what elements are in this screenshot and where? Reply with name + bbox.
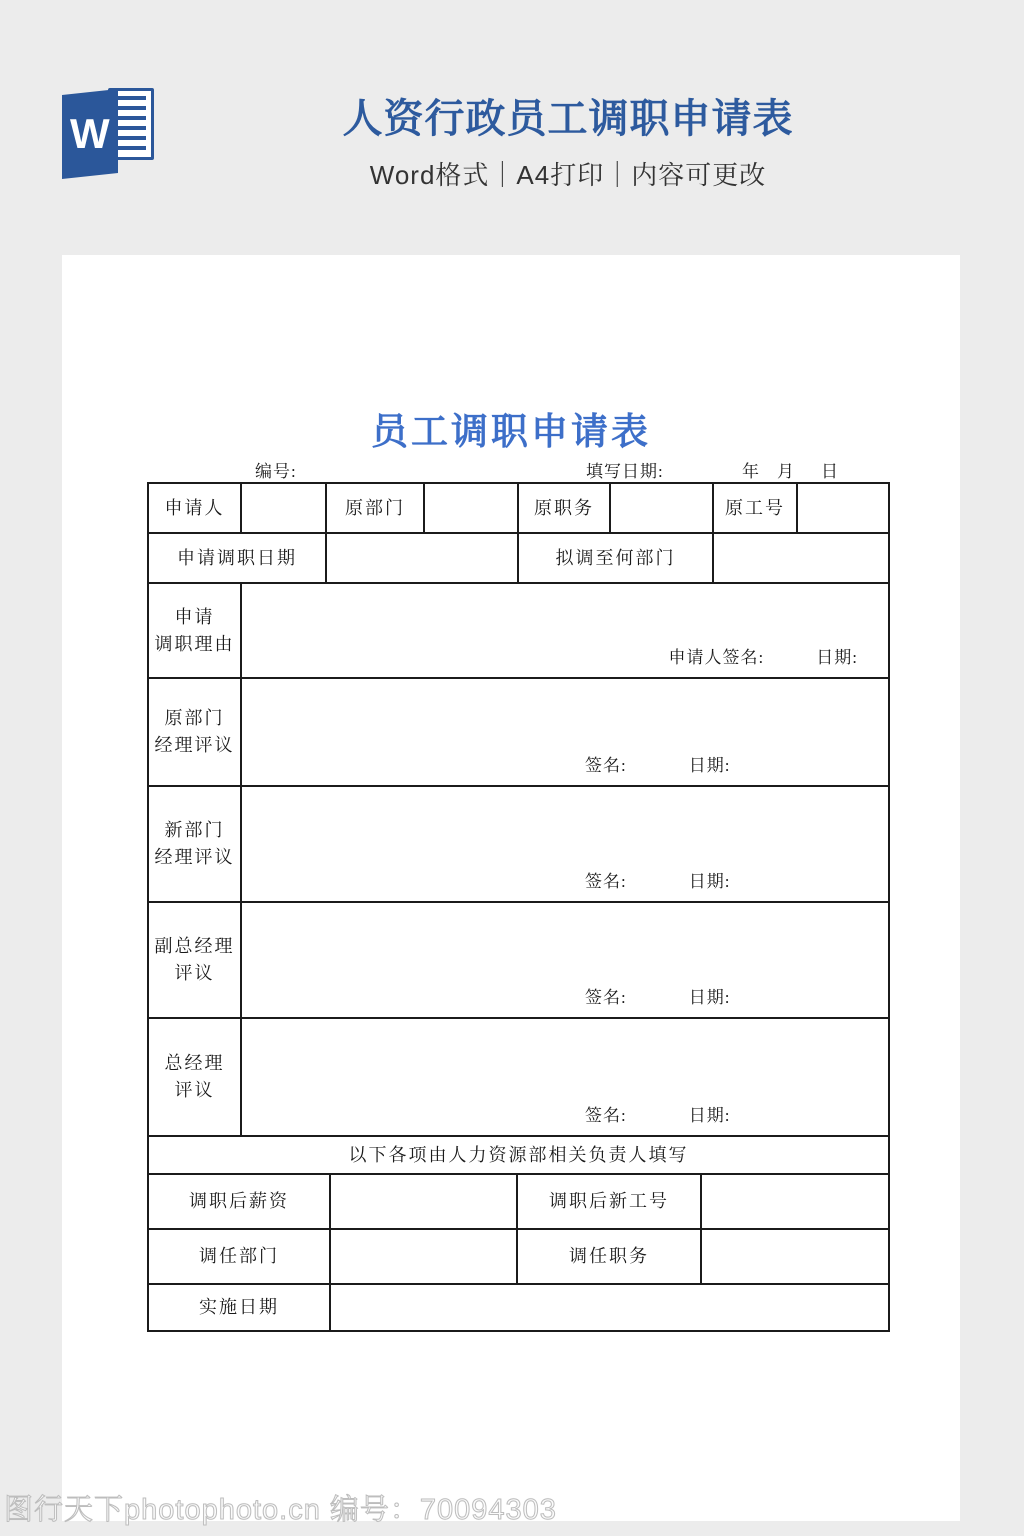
impl-date-input-cell[interactable]	[331, 1285, 888, 1330]
sign-label: 签名:	[585, 753, 627, 779]
new-position-input-cell[interactable]	[702, 1230, 888, 1283]
sign-date-label: 日期:	[689, 753, 731, 779]
new-id-label: 调职后新工号	[518, 1175, 702, 1228]
sign-label: 签名:	[585, 869, 627, 895]
preview-page: { "header": { "icon_letter": "W", "title…	[0, 0, 1024, 1536]
apply-date-input-cell[interactable]	[327, 534, 519, 582]
applicant-label: 申请人	[149, 484, 242, 532]
sign-date-label: 日期:	[689, 985, 731, 1011]
assignment-row: 调任部门 调任职务	[149, 1230, 888, 1285]
orig-id-label: 原工号	[714, 484, 798, 532]
deputy-gm-review-row: 副总经理 评议 签名: 日期:	[149, 903, 888, 1019]
sign-date-label: 日期:	[689, 1103, 731, 1129]
basic-info-row: 申请人 原部门 原职务 原工号	[149, 484, 888, 534]
transfer-date-row: 申请调职日期 拟调至何部门	[149, 534, 888, 584]
sign-label: 签名:	[585, 1103, 627, 1129]
transfer-form-table: 申请人 原部门 原职务 原工号 申请调职日期 拟调至何部门 申请 调职理由 申请	[147, 482, 890, 1332]
orig-manager-review-row: 原部门 经理评议 签名: 日期:	[149, 679, 888, 787]
reason-label: 申请 调职理由	[149, 584, 242, 677]
template-title: 人资行政员工调职申请表	[112, 96, 1024, 142]
serial-label: 编号:	[255, 457, 297, 482]
target-dept-label: 拟调至何部门	[519, 534, 714, 582]
impl-date-label: 实施日期	[149, 1285, 331, 1330]
orig-dept-label: 原部门	[327, 484, 425, 532]
word-icon-flag: W	[62, 89, 118, 179]
orig-id-input-cell[interactable]	[798, 484, 888, 532]
header-text-block: 人资行政员工调职申请表 Word格式｜A4打印｜内容可更改	[112, 96, 1024, 192]
salary-row: 调职后薪资 调职后新工号	[149, 1175, 888, 1230]
new-id-input-cell[interactable]	[702, 1175, 888, 1228]
applicant-sign-date-label: 日期:	[816, 645, 858, 671]
template-subtitle: Word格式｜A4打印｜内容可更改	[112, 155, 1024, 192]
new-manager-review-row: 新部门 经理评议 签名: 日期:	[149, 787, 888, 903]
gm-review-row: 总经理 评议 签名: 日期:	[149, 1019, 888, 1137]
orig-manager-review-label: 原部门 经理评议	[149, 679, 242, 785]
new-position-label: 调任职务	[518, 1230, 702, 1283]
new-salary-label: 调职后薪资	[149, 1175, 331, 1228]
sign-label: 签名:	[585, 985, 627, 1011]
deputy-gm-signature-line: 签名: 日期:	[242, 985, 888, 1011]
target-dept-input-cell[interactable]	[714, 534, 888, 582]
orig-position-input-cell[interactable]	[611, 484, 714, 532]
orig-position-label: 原职务	[519, 484, 611, 532]
applicant-sign-label: 申请人签名:	[669, 645, 765, 671]
deputy-gm-comment-area[interactable]: 签名: 日期:	[242, 903, 888, 1017]
applicant-input-cell[interactable]	[242, 484, 327, 532]
meta-line: 编号: 填写日期: 年 月 日	[147, 457, 890, 481]
sign-date-label: 日期:	[689, 869, 731, 895]
new-manager-review-label: 新部门 经理评议	[149, 787, 242, 901]
watermark: 图行天下photophoto.cn 编号：70094303	[4, 1487, 557, 1528]
reason-row: 申请 调职理由 申请人签名: 日期:	[149, 584, 888, 679]
document-sheet: 员工调职申请表 编号: 填写日期: 年 月 日 申请人 原部门 原职务 原工号 …	[62, 255, 960, 1521]
new-manager-signature-line: 签名: 日期:	[242, 869, 888, 895]
new-dept-label: 调任部门	[149, 1230, 331, 1283]
reason-input-area[interactable]: 申请人签名: 日期:	[242, 584, 888, 677]
template-header: W 人资行政员工调职申请表 Word格式｜A4打印｜内容可更改	[0, 0, 1024, 255]
day-label: 日	[821, 457, 839, 482]
hr-section-note-row: 以下各项由人力资源部相关负责人填写	[149, 1137, 888, 1175]
orig-manager-comment-area[interactable]: 签名: 日期:	[242, 679, 888, 785]
hr-section-note: 以下各项由人力资源部相关负责人填写	[149, 1137, 888, 1173]
new-salary-input-cell[interactable]	[331, 1175, 518, 1228]
gm-signature-line: 签名: 日期:	[242, 1103, 888, 1129]
gm-comment-area[interactable]: 签名: 日期:	[242, 1019, 888, 1135]
implementation-date-row: 实施日期	[149, 1285, 888, 1330]
gm-review-label: 总经理 评议	[149, 1019, 242, 1135]
month-label: 月	[777, 457, 795, 482]
fill-date-label: 填写日期:	[586, 457, 664, 482]
form-title: 员工调职申请表	[62, 401, 960, 455]
orig-dept-input-cell[interactable]	[425, 484, 519, 532]
word-icon-letter: W	[70, 110, 110, 158]
year-label: 年	[742, 457, 760, 482]
reason-signature-line: 申请人签名: 日期:	[242, 645, 888, 671]
new-dept-input-cell[interactable]	[331, 1230, 518, 1283]
apply-date-label: 申请调职日期	[149, 534, 327, 582]
orig-manager-signature-line: 签名: 日期:	[242, 753, 888, 779]
deputy-gm-review-label: 副总经理 评议	[149, 903, 242, 1017]
new-manager-comment-area[interactable]: 签名: 日期:	[242, 787, 888, 901]
